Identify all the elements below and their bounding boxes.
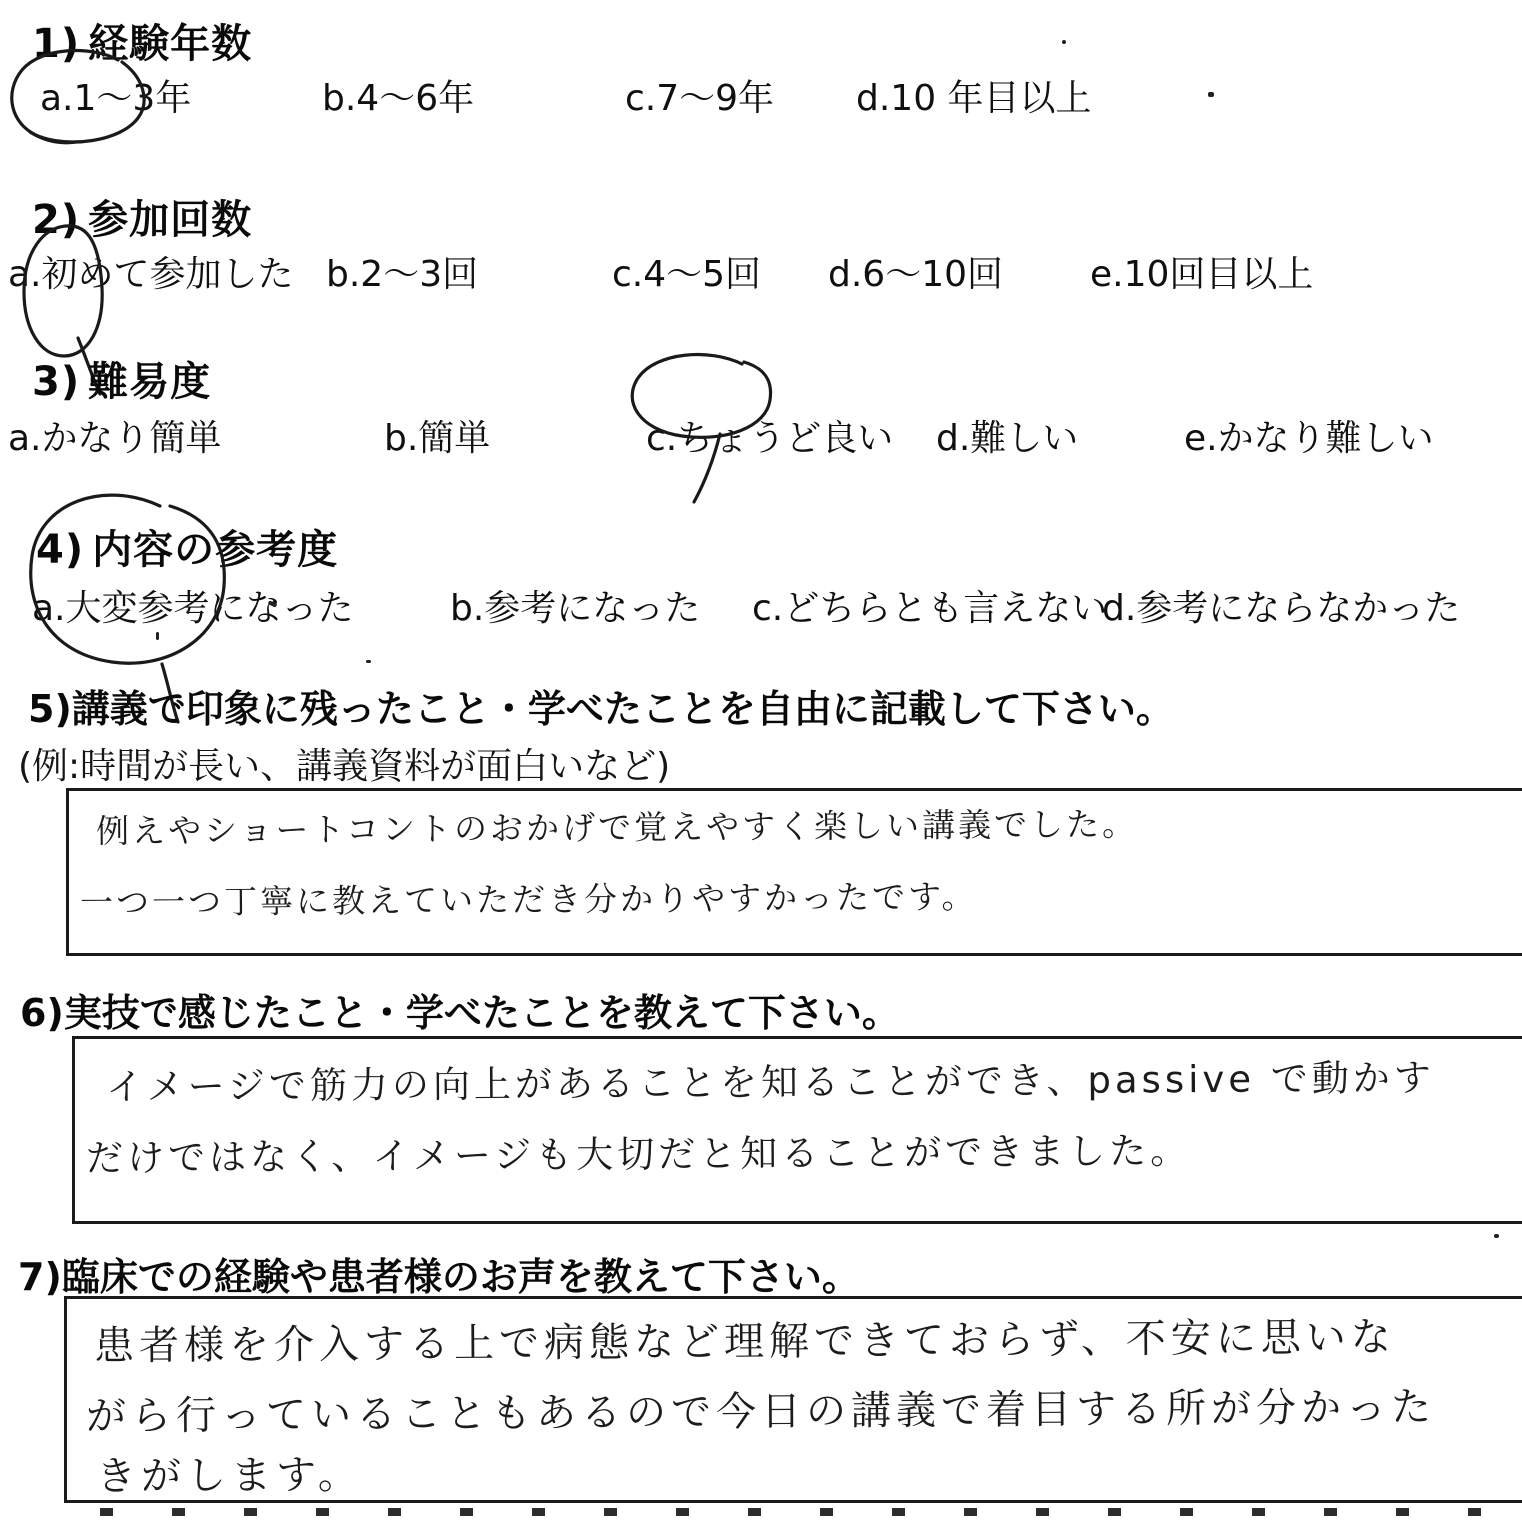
scan-speck xyxy=(1208,92,1214,97)
question-4-title: 内容の参考度 xyxy=(92,527,338,573)
q2-option-e: e.10回目以上 xyxy=(1090,246,1313,297)
question-7-title: 臨床での経験や患者様のお声を教えて下さい。 xyxy=(62,1255,860,1299)
q7-answer-line-2: がら行っていることもあるので今日の講義で着目する所が分かった xyxy=(86,1375,1436,1441)
q6-answer-line-1: イメージで筋力の向上があることを知ることができ、passive で動かす xyxy=(106,1047,1435,1110)
question-6-title: 実技で感じたこと・学べたことを教えて下さい。 xyxy=(64,991,900,1035)
question-5-title: 講義で印象に残ったこと・学べたことを自由に記載して下さい。 xyxy=(72,687,1174,731)
q3-option-c: c.ちょうど良い xyxy=(646,410,893,461)
scan-speck xyxy=(1494,1234,1499,1238)
scanned-survey-page: 1)経験年数 a.1〜3年 b.4〜6年 c.7〜9年 d.10 年目以上 2)… xyxy=(0,0,1522,1520)
question-7-heading: 7)臨床での経験や患者様のお声を教えて下さい。 xyxy=(18,1246,860,1301)
q6-answer-line-2: だけではなく、イメージも大切だと知ることができました。 xyxy=(86,1120,1192,1182)
q3-option-d: d.難しい xyxy=(936,410,1078,461)
q7-answer-line-3: きがします。 xyxy=(96,1443,363,1502)
question-2-number: 2) xyxy=(32,197,80,243)
q3-option-e: e.かなり難しい xyxy=(1184,410,1434,461)
q1-option-b: b.4〜6年 xyxy=(322,70,474,121)
q2-option-d: d.6〜10回 xyxy=(828,246,1003,297)
scan-speck xyxy=(156,632,159,640)
scan-speck xyxy=(366,660,371,663)
question-6-number: 6) xyxy=(20,991,64,1035)
q5-answer-line-2: 一つ一つ丁寧に教えていただき分かりやすかったです。 xyxy=(80,871,978,924)
question-3-title: 難易度 xyxy=(88,359,211,405)
question-4-number: 4) xyxy=(36,527,84,573)
q4-option-d: d.参考にならなかった xyxy=(1102,580,1460,631)
question-5-number: 5) xyxy=(28,687,72,731)
question-4-heading: 4)内容の参考度 xyxy=(36,518,338,575)
q3-option-a: a.かなり簡単 xyxy=(8,410,222,461)
question-2-title: 参加回数 xyxy=(88,197,252,243)
q7-answer-line-1: 患者様を介入する上で病態など理解できておらず、不安に思いな xyxy=(94,1305,1396,1371)
question-7-number: 7) xyxy=(18,1255,62,1299)
q4-option-a: a.大変参考になった xyxy=(32,580,354,631)
q4-option-b: b.参考になった xyxy=(450,580,700,631)
q5-answer-line-1: 例えやショートコントのおかげで覚えやすく楽しい講義でした。 xyxy=(96,798,1138,852)
question-5-heading: 5)講義で印象に残ったこと・学べたことを自由に記載して下さい。 xyxy=(28,678,1174,733)
question-3-heading: 3)難易度 xyxy=(32,350,211,407)
q1-option-a: a.1〜3年 xyxy=(40,70,191,121)
question-3-number: 3) xyxy=(32,359,80,405)
q2-option-a: a.初めて参加した xyxy=(8,246,294,297)
q1-option-c: c.7〜9年 xyxy=(625,70,774,121)
question-5-hint: (例:時間が長い、講義資料が面白いなど) xyxy=(18,738,670,789)
cut-off-text-marks xyxy=(100,1508,1522,1516)
question-1-title: 経験年数 xyxy=(88,21,252,67)
q2-option-c: c.4〜5回 xyxy=(612,246,761,297)
q4-option-c: c.どちらとも言えない xyxy=(752,580,1107,631)
question-1-number: 1) xyxy=(32,21,80,67)
q3-option-b: b.簡単 xyxy=(384,410,490,461)
q2-option-b: b.2〜3回 xyxy=(326,246,478,297)
question-2-heading: 2)参加回数 xyxy=(32,188,252,245)
question-6-heading: 6)実技で感じたこと・学べたことを教えて下さい。 xyxy=(20,982,900,1037)
question-1-heading: 1)経験年数 xyxy=(32,12,252,69)
scan-speck xyxy=(1062,40,1066,44)
q1-option-d: d.10 年目以上 xyxy=(856,70,1092,121)
